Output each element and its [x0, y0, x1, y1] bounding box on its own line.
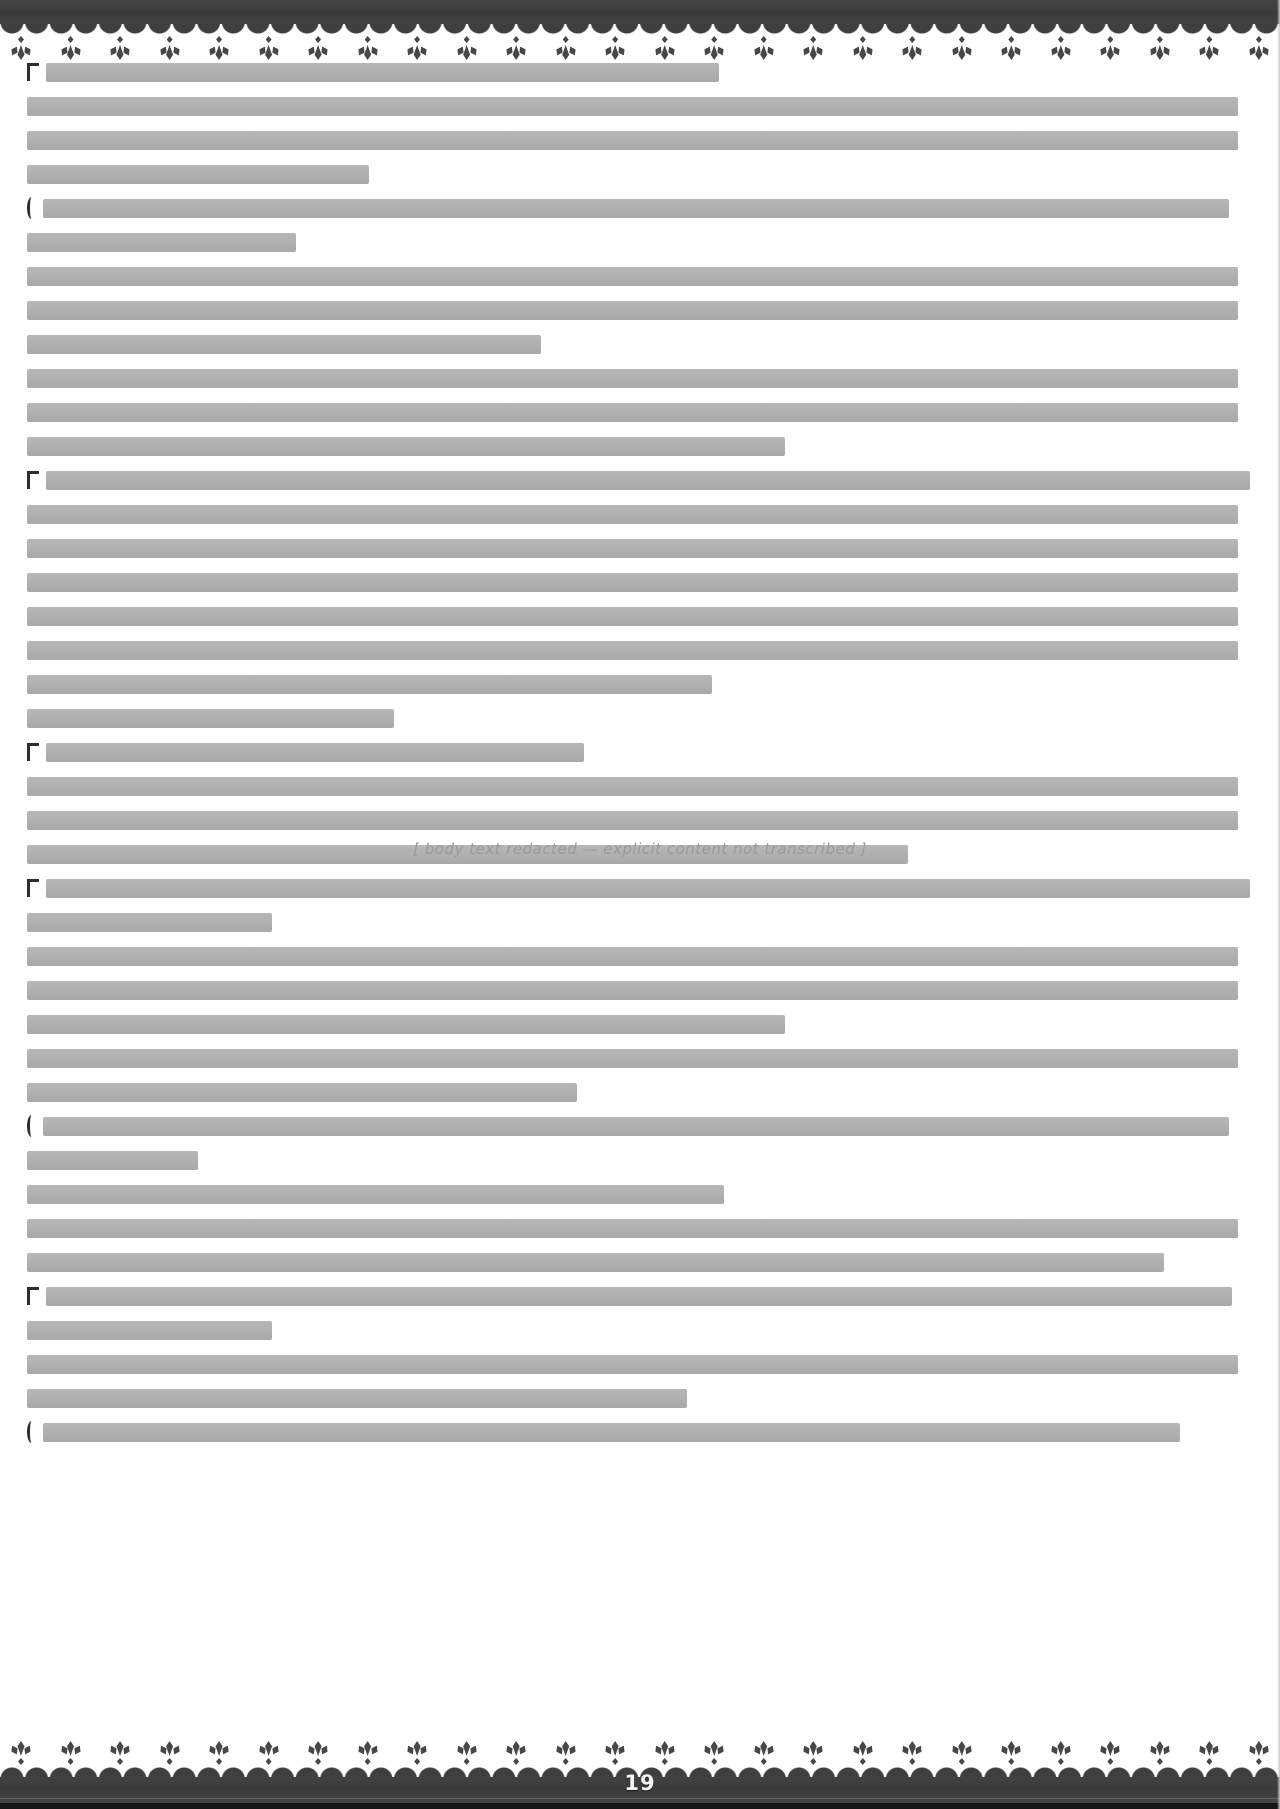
redacted-text-line	[27, 1352, 1250, 1376]
redacted-text-bar	[27, 913, 272, 932]
paragraph	[27, 808, 1250, 866]
fleur-de-lis-icon	[1054, 36, 1068, 60]
fleur-de-lis-icon	[212, 36, 226, 60]
redacted-text-line	[27, 570, 1250, 594]
redacted-text-bar	[27, 1219, 1238, 1238]
fleur-de-lis-icon	[311, 1741, 325, 1765]
fleur-de-lis-icon	[163, 1741, 177, 1765]
fleur-de-lis-icon	[163, 36, 177, 60]
fleur-de-lis-icon	[64, 36, 78, 60]
thought-paren-mark	[27, 1115, 36, 1137]
paragraph	[27, 196, 1250, 254]
redacted-text-line	[27, 128, 1250, 152]
redacted-text-line	[27, 162, 1250, 186]
redacted-text-line	[27, 1250, 1250, 1274]
redacted-text-bar	[46, 1287, 1232, 1306]
paragraph	[27, 1182, 1250, 1206]
fleur-de-lis-icon	[1004, 36, 1018, 60]
redacted-text-line	[27, 604, 1250, 628]
fleur-de-lis-icon	[955, 36, 969, 60]
redacted-text-line	[27, 1216, 1250, 1240]
redacted-text-line	[27, 468, 1250, 492]
fleur-de-lis-icon	[14, 1741, 28, 1765]
redacted-text-bar	[27, 675, 712, 694]
paragraph	[27, 1114, 1250, 1172]
fleur-de-lis-icon	[1103, 36, 1117, 60]
dialogue-bracket-mark	[27, 471, 39, 489]
fleur-de-lis-icon	[113, 1741, 127, 1765]
redacted-text-line	[27, 264, 1250, 288]
fleur-de-lis-icon	[955, 1741, 969, 1765]
redacted-text-line	[27, 366, 1250, 390]
fleur-de-lis-icon	[1202, 1741, 1216, 1765]
redacted-text-line	[27, 1012, 1250, 1036]
thought-paren-mark	[27, 197, 36, 219]
fleur-de-lis-icon	[410, 36, 424, 60]
redacted-text-line	[27, 1318, 1250, 1342]
redacted-text-bar	[27, 505, 1238, 524]
redacted-text-line	[27, 740, 1250, 764]
fleur-de-lis-icon	[559, 1741, 573, 1765]
fleur-de-lis-icon	[608, 36, 622, 60]
redacted-text-line	[27, 230, 1250, 254]
paragraph	[27, 604, 1250, 696]
redacted-text-line	[27, 910, 1250, 934]
fleur-de-lis-icon	[658, 1741, 672, 1765]
redacted-text-bar	[27, 165, 369, 184]
redacted-text-bar	[27, 777, 1238, 796]
top-scallop-lace	[0, 24, 1280, 36]
fleur-de-lis-icon	[1252, 36, 1266, 60]
fleur-de-lis-icon	[1153, 36, 1167, 60]
redacted-text-bar	[27, 1185, 724, 1204]
bottom-border-bar: 19	[0, 1777, 1280, 1803]
paragraph	[27, 1352, 1250, 1410]
dialogue-bracket-mark	[27, 743, 39, 761]
fleur-de-lis-icon	[707, 1741, 721, 1765]
redacted-text-line	[27, 978, 1250, 1002]
redacted-text-line	[27, 196, 1250, 220]
redacted-text-bar	[27, 233, 296, 252]
redacted-text-bar	[43, 199, 1229, 218]
bottom-fleur-de-lis-ornament-row	[0, 1739, 1280, 1765]
redacted-text-bar	[46, 743, 584, 762]
redacted-text-line	[27, 1182, 1250, 1206]
redacted-text-bar	[27, 369, 1238, 388]
redacted-text-bar	[46, 879, 1250, 898]
redacted-text-line	[27, 842, 1250, 866]
paragraph	[27, 502, 1250, 594]
paragraph	[27, 60, 1250, 84]
redacted-text-bar	[27, 1321, 272, 1340]
paragraph	[27, 706, 1250, 730]
fleur-de-lis-icon	[262, 36, 276, 60]
fleur-de-lis-icon	[113, 36, 127, 60]
redacted-text-line	[27, 1080, 1250, 1104]
top-border-bar	[0, 0, 1280, 24]
page-number: 19	[0, 1771, 1280, 1795]
fleur-de-lis-icon	[460, 36, 474, 60]
redacted-text-bar	[27, 1355, 1238, 1374]
fleur-de-lis-icon	[410, 1741, 424, 1765]
redacted-text-line	[27, 1420, 1250, 1444]
bottom-ornamental-border: 19	[0, 1739, 1280, 1809]
redacted-text-line	[27, 1046, 1250, 1070]
redacted-text-line	[27, 944, 1250, 968]
redacted-text-line	[27, 1114, 1250, 1138]
scanned-document-page: [ body text redacted — explicit content …	[0, 0, 1280, 1809]
fleur-de-lis-icon	[856, 36, 870, 60]
fleur-de-lis-icon	[1054, 1741, 1068, 1765]
fleur-de-lis-icon	[856, 1741, 870, 1765]
redacted-text-line	[27, 1284, 1250, 1308]
redacted-text-bar	[27, 1083, 577, 1102]
fleur-de-lis-icon	[757, 36, 771, 60]
top-fleur-de-lis-ornament-row	[0, 36, 1280, 62]
paragraph	[27, 468, 1250, 492]
redacted-text-bar	[27, 437, 785, 456]
paragraph	[27, 1216, 1250, 1274]
redacted-text-line	[27, 536, 1250, 560]
paragraph	[27, 94, 1250, 186]
fleur-de-lis-icon	[1153, 1741, 1167, 1765]
redacted-text-bar	[27, 981, 1238, 1000]
fleur-de-lis-icon	[212, 1741, 226, 1765]
paragraph	[27, 1420, 1250, 1444]
redacted-text-line	[27, 60, 1250, 84]
redacted-text-bar	[46, 471, 1250, 490]
fleur-de-lis-icon	[1004, 1741, 1018, 1765]
redacted-text-line	[27, 876, 1250, 900]
redacted-text-line	[27, 434, 1250, 458]
fleur-de-lis-icon	[509, 1741, 523, 1765]
redacted-text-bar	[27, 641, 1238, 660]
redacted-text-line	[27, 706, 1250, 730]
top-ornamental-border	[0, 0, 1280, 62]
fleur-de-lis-icon	[608, 1741, 622, 1765]
paragraph	[27, 264, 1250, 356]
redacted-text-bar	[43, 1117, 1229, 1136]
redacted-text-bar	[27, 539, 1238, 558]
paragraph	[27, 1046, 1250, 1104]
redacted-text-bar	[43, 1423, 1180, 1442]
redacted-text-line	[27, 94, 1250, 118]
thought-paren-mark	[27, 1421, 36, 1443]
fleur-de-lis-icon	[707, 36, 721, 60]
redacted-text-bar	[27, 403, 1238, 422]
redacted-text-bar	[27, 1151, 198, 1170]
paragraph	[27, 944, 1250, 1036]
dialogue-bracket-mark	[27, 1287, 39, 1305]
fleur-de-lis-icon	[1103, 1741, 1117, 1765]
redacted-text-line	[27, 774, 1250, 798]
fleur-de-lis-icon	[905, 1741, 919, 1765]
text-body	[27, 60, 1250, 1454]
bar-highlight-line	[0, 1798, 1280, 1799]
redacted-text-line	[27, 1386, 1250, 1410]
fleur-de-lis-icon	[361, 36, 375, 60]
redacted-text-line	[27, 1148, 1250, 1172]
redacted-text-line	[27, 638, 1250, 662]
paragraph	[27, 876, 1250, 934]
redacted-text-line	[27, 672, 1250, 696]
fleur-de-lis-icon	[361, 1741, 375, 1765]
fleur-de-lis-icon	[14, 36, 28, 60]
redacted-text-bar	[27, 607, 1238, 626]
fleur-de-lis-icon	[509, 36, 523, 60]
fleur-de-lis-icon	[757, 1741, 771, 1765]
redacted-text-bar	[27, 301, 1238, 320]
dialogue-bracket-mark	[27, 63, 39, 81]
redacted-text-bar	[27, 573, 1238, 592]
redacted-text-bar	[27, 1049, 1238, 1068]
redacted-text-bar	[27, 947, 1238, 966]
redacted-text-line	[27, 332, 1250, 356]
redacted-text-line	[27, 808, 1250, 832]
redacted-text-line	[27, 400, 1250, 424]
redacted-text-bar	[27, 335, 541, 354]
fleur-de-lis-icon	[806, 1741, 820, 1765]
paragraph	[27, 1284, 1250, 1342]
fleur-de-lis-icon	[806, 36, 820, 60]
redacted-text-line	[27, 502, 1250, 526]
redacted-text-bar	[46, 63, 719, 82]
redacted-text-bar	[27, 845, 908, 864]
redacted-text-bar	[27, 811, 1238, 830]
dialogue-bracket-mark	[27, 879, 39, 897]
paragraph	[27, 774, 1250, 798]
fleur-de-lis-icon	[64, 1741, 78, 1765]
redacted-text-bar	[27, 97, 1238, 116]
paragraph	[27, 366, 1250, 458]
redacted-text-bar	[27, 1253, 1164, 1272]
fleur-de-lis-icon	[1252, 1741, 1266, 1765]
fleur-de-lis-icon	[559, 36, 573, 60]
redacted-text-bar	[27, 1015, 785, 1034]
redacted-text-bar	[27, 709, 394, 728]
fleur-de-lis-icon	[460, 1741, 474, 1765]
paragraph	[27, 740, 1250, 764]
fleur-de-lis-icon	[905, 36, 919, 60]
fleur-de-lis-icon	[262, 1741, 276, 1765]
redacted-text-bar	[27, 131, 1238, 150]
redacted-text-bar	[27, 267, 1238, 286]
redacted-text-bar	[27, 1389, 687, 1408]
fleur-de-lis-icon	[311, 36, 325, 60]
page-bottom-edge	[0, 1803, 1280, 1809]
fleur-de-lis-icon	[658, 36, 672, 60]
redacted-text-line	[27, 298, 1250, 322]
fleur-de-lis-icon	[1202, 36, 1216, 60]
